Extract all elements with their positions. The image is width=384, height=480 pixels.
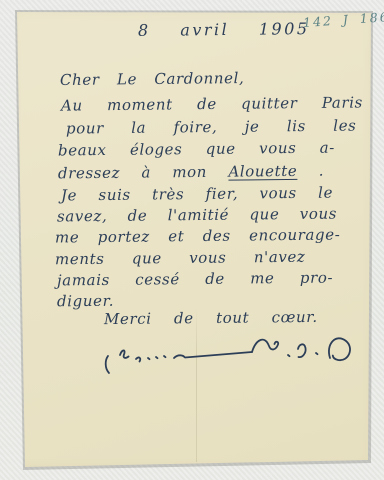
body-line: ments que vous n'avez (55, 248, 306, 269)
signature-flourish (100, 330, 370, 385)
body-line-with-underline: dressez à mon Alouette . (58, 162, 324, 183)
body-line: diguer. (57, 292, 114, 311)
body-line: pour la foire, je lis les (66, 116, 357, 137)
underline-suffix: . (297, 162, 324, 180)
salutation: Cher Le Cardonnel, (60, 69, 245, 89)
scanned-letter-background: 8 avril 1905 Cher Le Cardonnel, Au momen… (0, 0, 384, 480)
underlined-word: Alouette (228, 162, 297, 181)
body-line: Je suis très fier, vous le (61, 184, 333, 205)
date-line: 8 avril 1905 (138, 19, 310, 40)
body-line: beaux éloges que vous a- (58, 139, 335, 160)
body-line: Au moment de quitter Paris (61, 93, 363, 114)
body-line: me portez et des encourage- (55, 226, 341, 247)
letter-paper: 8 avril 1905 Cher Le Cardonnel, Au momen… (0, 0, 384, 480)
underline-prefix: dressez à mon (58, 163, 229, 183)
body-line: savez, de l'amitié que vous (57, 205, 337, 226)
body-line: jamais cessé de me pro- (57, 269, 333, 290)
closing-line: Merci de tout cœur. (104, 308, 318, 328)
